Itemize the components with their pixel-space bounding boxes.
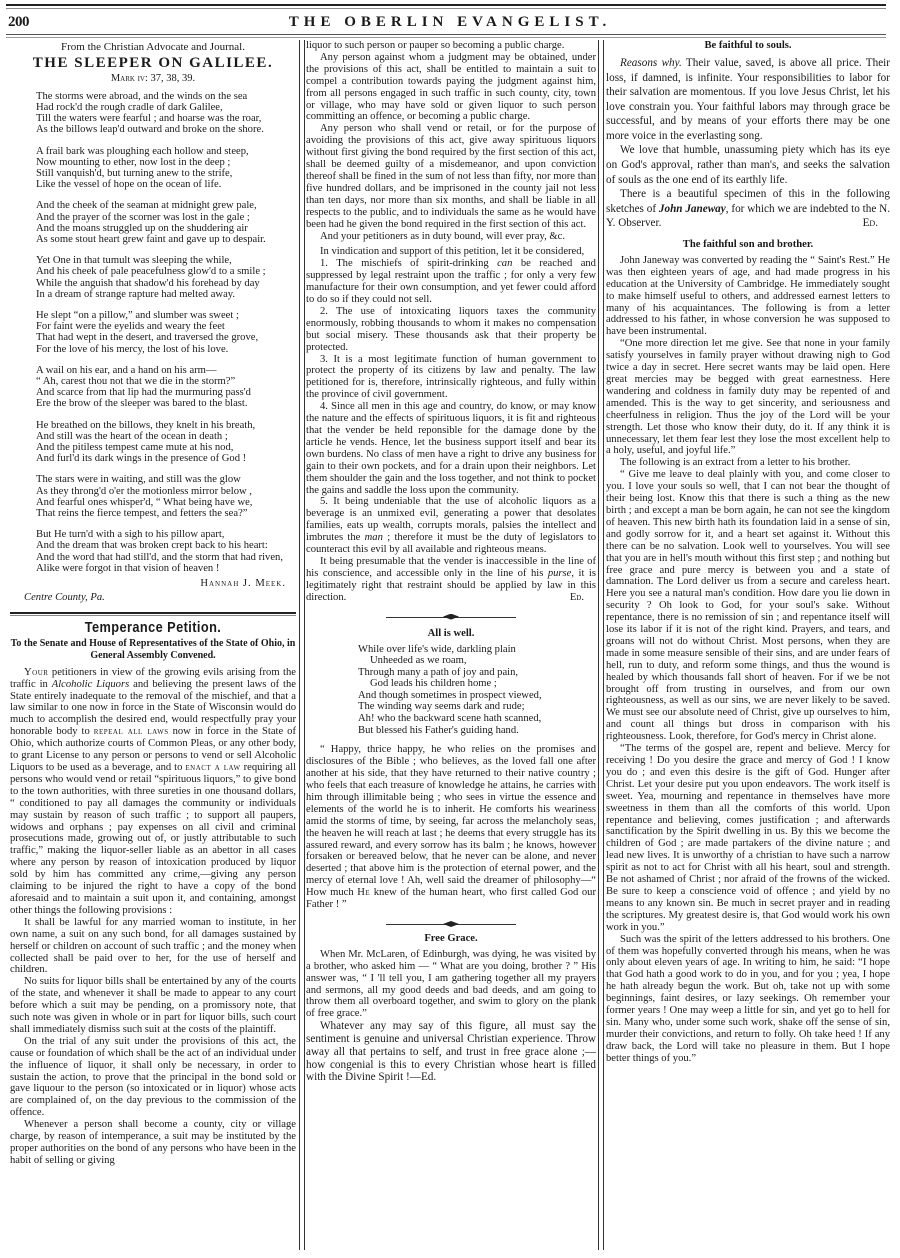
point-1: 1. The mischiefs of spirit-drinking can …	[306, 258, 596, 306]
poem-line: Through many a path of joy and pain,	[358, 667, 596, 679]
poem-reference: Mark iv: 37, 38, 39.	[10, 73, 296, 85]
article-source: From the Christian Advocate and Journal.	[10, 42, 296, 54]
reference-verses: 37, 38, 39.	[151, 73, 196, 84]
poem-stanza: A frail bark was ploughing each hollow a…	[36, 146, 296, 191]
article-title: The faithful son and brother.	[606, 239, 890, 251]
poem-line: As they throng'd o'er the motionless mir…	[36, 486, 296, 497]
editor-signature: Ed.	[556, 592, 584, 604]
poem-line: A frail bark was ploughing each hollow a…	[36, 146, 296, 157]
petition-paragraph: And your petitioners as in duty bound, w…	[306, 231, 596, 243]
point-4: 4. Since all men in this age and country…	[306, 401, 596, 496]
poem-line: And the dream that was broken crept back…	[36, 540, 296, 551]
article-paragraph: The following is an extract from a lette…	[606, 457, 890, 469]
column-1: From the Christian Advocate and Journal.…	[10, 40, 296, 1258]
article-paragraph: Whatever any may say of this figure, all…	[306, 1020, 596, 1084]
poem-line: And the cheek of the seaman at midnight …	[36, 200, 296, 211]
text-run: requiring all persons who would vend or …	[10, 762, 296, 916]
poem-line: He breathed on the billows, they knelt i…	[36, 420, 296, 431]
section-divider	[10, 612, 296, 616]
poem-stanza: But He turn'd with a sigh to his pillow …	[36, 529, 296, 574]
petition-paragraph: No suits for liquor bills shall be enter…	[10, 976, 296, 1036]
editor-signature: Ed.	[849, 216, 878, 231]
poem-stanza: He slept “on a pillow,” and slumber was …	[36, 310, 296, 355]
reference-label: Mark iv:	[111, 73, 148, 84]
italic-run: man	[365, 532, 383, 543]
poem-line: A wail on his ear, and a hand on his arm…	[36, 365, 296, 376]
poem-stanza: The stars were in waiting, and still was…	[36, 474, 296, 519]
petition-paragraph: Your petitioners in view of the growing …	[10, 667, 296, 917]
poem-line: That reins the fierce tempest, and fette…	[36, 508, 296, 519]
text-run: “ Happy, thrice happy, he who relies on …	[306, 744, 596, 898]
poem-title: THE SLEEPER ON GALILEE.	[10, 58, 296, 70]
petition-paragraph: Whenever a person shall become a county,…	[10, 1119, 296, 1167]
masthead: 200 THE OBERLIN EVANGELIST.	[0, 12, 900, 34]
italic-run: Reasons why.	[620, 57, 682, 69]
ornament-divider	[306, 921, 596, 927]
closing-paragraph: It being presumable that the vender is i…	[306, 556, 596, 604]
poem-line: The winding way seems dark and rude;	[358, 701, 596, 713]
paper-title: THE OBERLIN EVANGELIST.	[0, 14, 900, 31]
poem-line: Like the vessel of hope on the ocean of …	[36, 179, 296, 190]
poem-line: As the billows leap'd outward and broke …	[36, 124, 296, 135]
poem-line: And the word that had still'd, and the s…	[36, 552, 296, 563]
text-run: Their value, saved, is above all price. …	[606, 57, 890, 142]
petition-paragraph: Any person who shall vend or retail, or …	[306, 123, 596, 230]
masthead-rule	[6, 8, 886, 9]
masthead-rule	[6, 34, 886, 35]
poem-stanza: He breathed on the billows, they knelt i…	[36, 420, 296, 465]
poem-line: And scarce from that lip had the murmuri…	[36, 387, 296, 398]
poem-author: Hannah J. Meek.	[10, 578, 286, 590]
dropcap-word: Your	[24, 667, 48, 678]
article-paragraph: “The terms of the gospel are, repent and…	[606, 743, 890, 934]
quote-paragraph: “ Happy, thrice happy, he who relies on …	[306, 744, 596, 911]
petition-paragraph: It shall be lawful for any married woman…	[10, 917, 296, 977]
italic-run: Alcoholic Liquors	[52, 679, 129, 690]
column-2: liquor to such person or pauper so becom…	[306, 40, 596, 1258]
poem-line: And furl'd its dark wings in the presenc…	[36, 453, 296, 464]
poem-line: The stars were in waiting, and still was…	[36, 474, 296, 485]
poem-stanza: Yet One in that tumult was sleeping the …	[36, 255, 296, 300]
poem-line: And his cheek of pale peacefulness glow'…	[36, 266, 296, 277]
article-paragraph: “One more direction let me give. See tha…	[606, 338, 890, 457]
point-5: 5. It being undeniable that the use of a…	[306, 496, 596, 556]
poem-line: And fearful ones whisper'd, “ What being…	[36, 497, 296, 508]
petition-paragraph: On the trial of any suit under the provi…	[10, 1036, 296, 1119]
italic-run: John Janeway	[659, 203, 726, 215]
article-paragraph: “ Give me leave to deal plainly with you…	[606, 469, 890, 743]
poem-line: But He turn'd with a sigh to his pillow …	[36, 529, 296, 540]
poem-line: Had rock'd the rough cradle of dark Gali…	[36, 102, 296, 113]
poem-line: For faint were the eyelids and weary the…	[36, 321, 296, 332]
point-2: 2. The use of intoxicating liquors taxes…	[306, 306, 596, 354]
poem-line: Till the waters were fearful ; and hoars…	[36, 113, 296, 124]
smallcaps-run: enact a law	[185, 762, 240, 773]
petition-paragraph: Any person against whom a judgment may b…	[306, 52, 596, 123]
poem-line: Ere the brow of the sleeper was bared to…	[36, 398, 296, 409]
poem-line: Yet One in that tumult was sleeping the …	[36, 255, 296, 266]
poem-line: As some stout heart grew faint and gave …	[36, 234, 296, 245]
poem-line: And though sometimes in prospect viewed,	[358, 690, 596, 702]
poem-stanza: The storms were abroad, and the winds on…	[36, 91, 296, 136]
masthead-rule	[6, 4, 886, 6]
poem-line: Still vanquish'd, but turning anew to th…	[36, 168, 296, 179]
article-paragraph: Such was the spirit of the letters addre…	[606, 934, 890, 1065]
column-separator	[598, 40, 604, 1250]
poem-line: And still was the heart of the ocean in …	[36, 431, 296, 442]
poem-stanza: A wail on his ear, and a hand on his arm…	[36, 365, 296, 410]
poem-title: All is well.	[306, 628, 596, 640]
poem-line: But blessed his Father's guiding hand.	[358, 725, 596, 737]
poem-line: God leads his children home ;	[358, 678, 596, 690]
poem-line: That had wept in the desert, and travers…	[36, 332, 296, 343]
article-title: Free Grace.	[306, 933, 596, 945]
poem-line: For the love of his mercy, the lost of h…	[36, 344, 296, 355]
poem-place: Centre County, Pa.	[24, 592, 296, 604]
point-3: 3. It is a most legitimate function of h…	[306, 354, 596, 402]
poem-line: In a dream of strange rapture had melted…	[36, 289, 296, 300]
article-paragraph: Reasons why. Their value, saved, is abov…	[606, 56, 890, 144]
article-paragraph: There is a beautiful specimen of this in…	[606, 187, 890, 231]
article-title: Be faithful to souls.	[606, 40, 890, 52]
poem-line: The storms were abroad, and the winds on…	[36, 91, 296, 102]
column-3: Be faithful to souls. Reasons why. Their…	[606, 40, 890, 1258]
ornament-divider	[306, 614, 596, 620]
poem-line: He slept “on a pillow,” and slumber was …	[36, 310, 296, 321]
poem-line: Alike were forgot in that vision of heav…	[36, 563, 296, 574]
poem-line: Now mounting to ether, now lost in the d…	[36, 157, 296, 168]
poem-stanza: And the cheek of the seaman at midnight …	[36, 200, 296, 245]
poem-line: “ Ah, carest thou not that we die in the…	[36, 376, 296, 387]
article-paragraph: We love that humble, unassuming piety wh…	[606, 143, 890, 187]
poem-line: While the anguish that shadow'd his fore…	[36, 278, 296, 289]
poem-line: Ah! who the backward scene hath scanned,	[358, 713, 596, 725]
petition-paragraph: In vindication and support of this petit…	[306, 246, 596, 258]
article-paragraph: John Janeway was converted by reading th…	[606, 255, 890, 338]
poem-line: While over life's wide, darkling plain	[358, 644, 596, 656]
poem-line: Unheeded as we roam,	[358, 655, 596, 667]
poem-line: And the pitiless tempest came mute at hi…	[36, 442, 296, 453]
text-run: 1. The mischiefs of spirit-drinking	[320, 258, 497, 269]
column-separator	[299, 40, 305, 1250]
smallcaps-run: repeal all laws	[94, 726, 169, 737]
poem-lines: While over life's wide, darkling plainUn…	[358, 644, 596, 737]
article-paragraph: When Mr. McLaren, of Edinburgh, was dyin…	[306, 949, 596, 1020]
petition-paragraph: liquor to such person or pauper so becom…	[306, 40, 596, 52]
italic-run: can	[497, 258, 512, 269]
poem-stanzas: The storms were abroad, and the winds on…	[10, 91, 296, 574]
poem-line: And the prayer of the scorner was lost i…	[36, 212, 296, 223]
italic-run: purse	[548, 568, 572, 579]
petition-address: To the Senate and House of Representativ…	[10, 638, 296, 662]
petition-title: Temperance Petition.	[31, 622, 274, 634]
masthead-rule	[6, 37, 886, 38]
poem-line: And the moans struggled up on the shudde…	[36, 223, 296, 234]
smallcaps-run: He	[357, 887, 370, 898]
